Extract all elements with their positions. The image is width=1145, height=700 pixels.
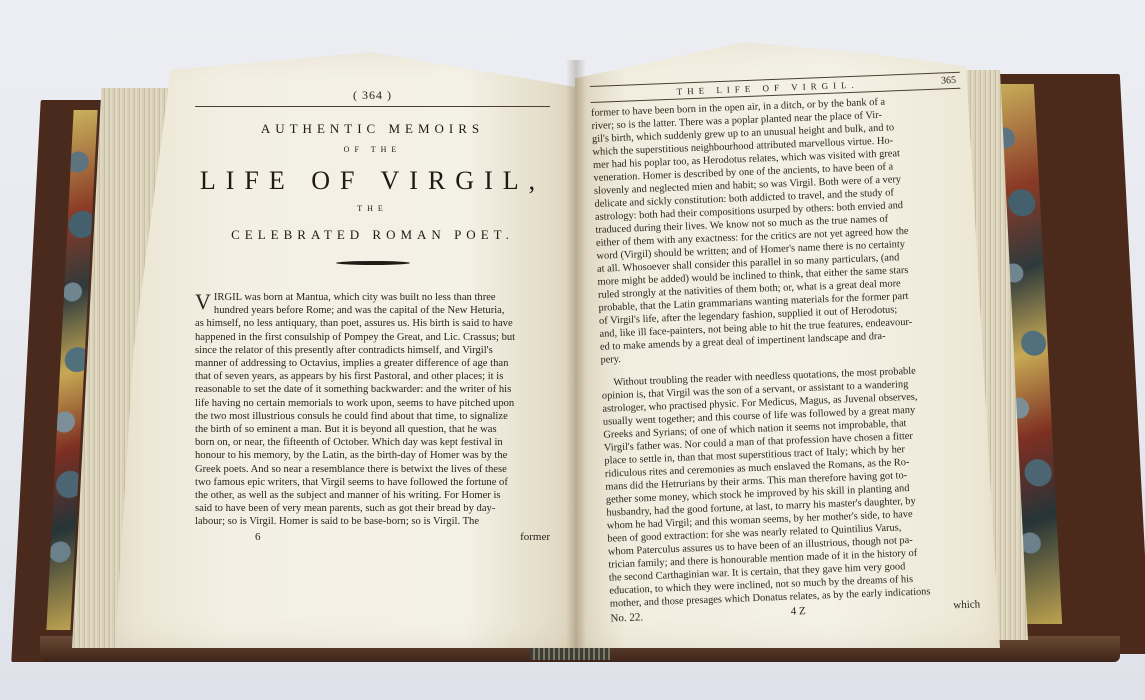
left-body: V IRGIL was born at Mantua, which city w…	[195, 291, 550, 544]
left-catchword: former	[520, 531, 550, 544]
number-mark: No. 22.	[610, 611, 643, 625]
body-line: happened in the first consulship of Pomp…	[195, 331, 550, 344]
body-line: manner of addressing to Octavius, implie…	[195, 357, 550, 370]
left-signature: 6	[195, 531, 261, 544]
left-folio: ( 364 )	[195, 88, 550, 103]
body-line: two famous epic writers, that Virgil see…	[195, 476, 550, 489]
right-page-text: THE LIFE OF VIRGIL. 365 former to have b…	[590, 72, 980, 626]
body-line: Greek poets. And so near a resemblance t…	[195, 463, 550, 476]
body-line: reasonable to set the date of it somethi…	[195, 383, 550, 396]
book-photo: ( 364 ) AUTHENTIC MEMOIRS OF THE LIFE OF…	[0, 0, 1145, 700]
right-catchword: which	[953, 598, 980, 612]
title-line-5: CELEBRATED ROMAN POET.	[195, 227, 550, 243]
body-line: IRGIL was born at Mantua, which city was…	[195, 291, 550, 304]
left-page-text: ( 364 ) AUTHENTIC MEMOIRS OF THE LIFE OF…	[195, 88, 550, 544]
body-line: that of seven years, as appears by his f…	[195, 370, 550, 383]
body-line: the birth of so eminent a man. But it is…	[195, 423, 550, 436]
body-line: born on, or near, the fifteenth of Octob…	[195, 436, 550, 449]
gutter-shadow	[566, 60, 586, 650]
body-line: labour; so is Virgil. Homer is said to b…	[195, 515, 550, 528]
body-line: hundred years before Rome; and was the c…	[195, 304, 550, 317]
right-folio: 365	[941, 75, 956, 87]
body-line: said to have been of very mean parents, …	[195, 502, 550, 515]
body-line: as himself, no less antiquary, than poet…	[195, 317, 550, 330]
body-line: honour to his memory, by the Latin, as t…	[195, 449, 550, 462]
body-line: the two most illustrious consuls he coul…	[195, 410, 550, 423]
left-footer: 6 former	[195, 531, 550, 544]
title-line-4: THE	[195, 204, 550, 213]
right-body: former to have been born in the open air…	[591, 93, 981, 626]
title-line-3: LIFE OF VIRGIL,	[195, 166, 550, 196]
body-line: the other, as well as the subject and ma…	[195, 489, 550, 502]
body-line: life having no certain memorials to work…	[195, 397, 550, 410]
drop-cap: V	[195, 293, 211, 311]
title-line-2: OF THE	[195, 145, 550, 154]
body-line: since the relator of this presently afte…	[195, 344, 550, 357]
title-ornament	[336, 261, 410, 265]
header-rule	[195, 106, 550, 107]
title-line-1: AUTHENTIC MEMOIRS	[195, 121, 550, 137]
